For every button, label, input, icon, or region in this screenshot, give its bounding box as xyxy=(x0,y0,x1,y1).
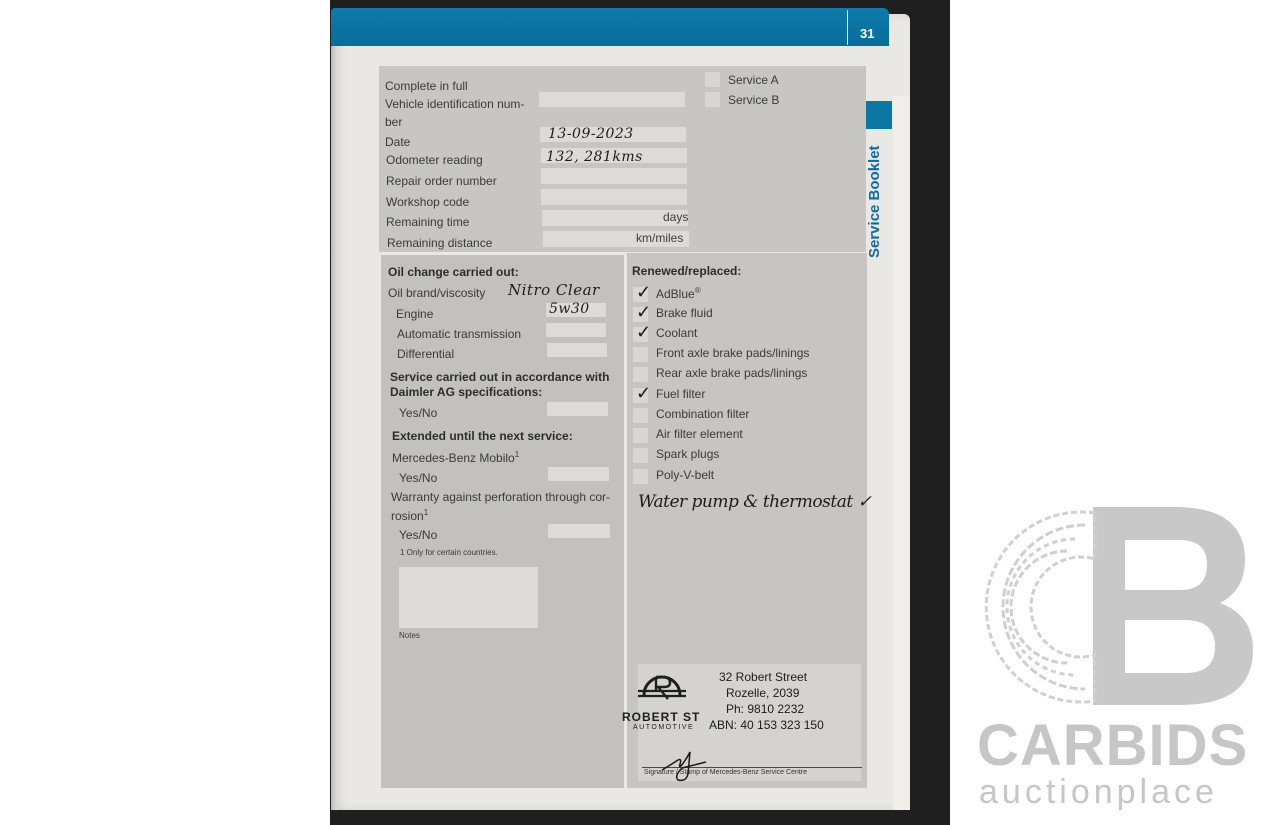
remaining-time-label: Remaining time xyxy=(386,215,469,229)
registered-mark: ® xyxy=(695,286,701,295)
service-a-label: Service A xyxy=(728,73,779,87)
renewed-checkbox[interactable] xyxy=(633,448,648,463)
km-miles-unit: km/miles xyxy=(636,231,683,245)
stamp-address-1: 32 Robert Street xyxy=(719,670,807,684)
notes-label: Notes xyxy=(399,631,420,640)
stamp-abn: ABN: 40 153 323 150 xyxy=(709,718,824,732)
warranty-label-2: rosion1 xyxy=(391,508,428,523)
checkmark-icon: ✓ xyxy=(636,323,651,341)
stamp-address-2: Rozelle, 2039 xyxy=(726,686,799,700)
repair-order-field[interactable] xyxy=(541,168,687,184)
repair-order-label: Repair order number xyxy=(386,174,497,188)
footnote-text: 1 Only for certain countries. xyxy=(400,548,498,557)
differential-label: Differential xyxy=(397,347,454,361)
engine-label: Engine xyxy=(396,307,433,321)
service-b-label: Service B xyxy=(728,93,779,107)
section-title: Service reports xyxy=(1063,23,1172,40)
vin-label-cont: ber xyxy=(385,115,402,129)
renewed-checkbox[interactable] xyxy=(633,469,648,484)
mobilo-yes-no-label: Yes/No xyxy=(399,471,437,485)
oil-change-heading: Oil change carried out: xyxy=(388,265,519,279)
renewed-item-label: Rear axle brake pads/linings xyxy=(656,366,807,380)
checkmark-icon: ✓ xyxy=(636,384,651,402)
signature-label: Signature / Stamp of Mercedes-Benz Servi… xyxy=(644,769,807,776)
renewed-item-label: Front axle brake pads/linings xyxy=(656,346,809,360)
header-divider xyxy=(847,10,848,45)
checkmark-icon: ✓ xyxy=(636,283,651,301)
engine-value: 5w30 xyxy=(549,301,590,317)
spec-heading-1: Service carried out in accordance with xyxy=(390,370,609,384)
renewed-checkbox[interactable] xyxy=(633,408,648,423)
mobilo-yes-no-field[interactable] xyxy=(548,467,609,481)
renewed-item-label: Brake fluid xyxy=(656,306,713,320)
renewed-heading: Renewed/replaced: xyxy=(632,264,741,278)
renewed-item-label: AdBlue® xyxy=(656,286,701,301)
service-b-checkbox[interactable] xyxy=(705,92,720,107)
footnote-mark: 1 xyxy=(515,450,519,459)
header-band xyxy=(331,8,889,46)
side-tab-label: Service Booklet xyxy=(866,145,883,258)
date-label: Date xyxy=(385,135,410,149)
renewed-item-label: Coolant xyxy=(656,326,697,340)
spec-yes-no-field[interactable] xyxy=(547,402,608,416)
page-spine xyxy=(331,40,337,810)
checkmark-icon: ✓ xyxy=(636,303,651,321)
auto-transmission-label: Automatic transmission xyxy=(397,327,521,341)
warranty-text: rosion xyxy=(391,509,424,523)
page-number: 31 xyxy=(860,26,874,41)
renewed-item-label: Combination filter xyxy=(656,407,749,421)
mobilo-text: Mercedes-Benz Mobilo xyxy=(392,451,515,465)
signature-scribble-icon xyxy=(660,748,710,784)
differential-field[interactable] xyxy=(547,343,607,357)
stamp-logo-name: ROBERT ST xyxy=(622,710,700,724)
oil-brand-label: Oil brand/viscosity xyxy=(388,286,485,300)
stamp-phone: Ph: 9810 2232 xyxy=(726,702,804,716)
robert-st-logo-icon xyxy=(636,665,688,709)
days-unit: days xyxy=(663,210,688,224)
workshop-code-field[interactable] xyxy=(541,189,687,205)
oil-brand-value: Nitro Clear xyxy=(508,281,600,299)
warranty-label-1: Warranty against perforation through cor… xyxy=(391,490,610,504)
renewed-item-label: Air filter element xyxy=(656,427,743,441)
renewed-checkbox[interactable] xyxy=(633,428,648,443)
watermark-brand: CARBIDS xyxy=(977,712,1248,779)
extended-heading: Extended until the next service: xyxy=(392,429,573,443)
stamp-logo-sub: AUTOMOTIVE xyxy=(633,724,694,731)
vin-label: Vehicle identification num- xyxy=(385,97,524,111)
renewed-checkbox[interactable] xyxy=(633,347,648,362)
workshop-code-label: Workshop code xyxy=(386,195,469,209)
renewed-item-label: Spark plugs xyxy=(656,447,719,461)
notes-field[interactable] xyxy=(399,567,538,628)
carbids-logo-icon xyxy=(975,505,1255,705)
footnote-mark: 1 xyxy=(424,508,428,517)
complete-in-full-label: Complete in full xyxy=(385,79,468,93)
date-value: 13-09-2023 xyxy=(548,126,634,142)
odometer-value: 132, 281kms xyxy=(546,149,643,165)
vin-field[interactable] xyxy=(539,92,685,107)
handwritten-extra-item: Water pump & thermostat ✓ xyxy=(638,492,871,512)
warranty-yes-no-field[interactable] xyxy=(548,524,610,538)
renewed-item-label: Fuel filter xyxy=(656,387,705,401)
renewed-item-label: Poly-V-belt xyxy=(656,468,714,482)
spec-yes-no-label: Yes/No xyxy=(399,406,437,420)
warranty-yes-no-label: Yes/No xyxy=(399,528,437,542)
odometer-label: Odometer reading xyxy=(386,153,483,167)
side-tab-marker xyxy=(865,101,892,129)
mobilo-label: Mercedes-Benz Mobilo1 xyxy=(392,450,519,465)
spec-heading-2: Daimler AG specifications: xyxy=(390,385,542,399)
service-a-checkbox[interactable] xyxy=(705,72,720,87)
remaining-distance-label: Remaining distance xyxy=(387,236,492,250)
watermark-tagline: auctionplace xyxy=(979,773,1218,812)
renewed-checkbox[interactable] xyxy=(633,367,648,382)
page-edge xyxy=(893,96,910,810)
auto-transmission-field[interactable] xyxy=(546,323,606,337)
